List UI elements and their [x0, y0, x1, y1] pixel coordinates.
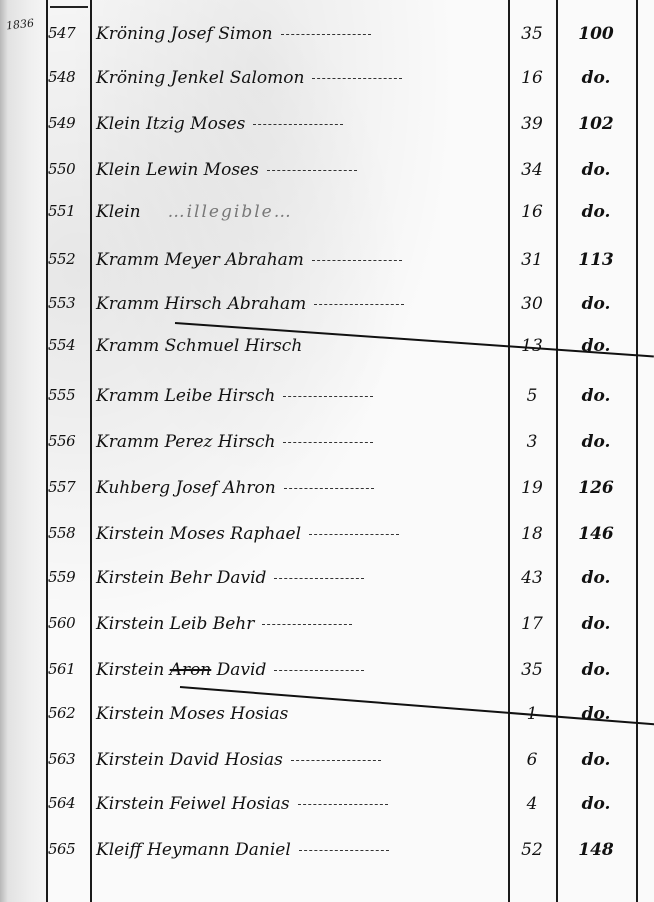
table-row: 560 Kirstein Leib Behr 17 do.	[0, 614, 654, 652]
entry-name: Klein …illegible…	[96, 202, 506, 222]
entry-name: Klein Itzig Moses	[96, 114, 506, 134]
entry-age: 31	[512, 250, 552, 270]
entry-name: Kramm Leibe Hirsch	[96, 386, 506, 406]
entry-number: 550	[48, 160, 90, 178]
entry-number: 554	[48, 336, 90, 354]
table-row: 564 Kirstein Feiwel Hosias 4 do.	[0, 794, 654, 832]
entry-age: 6	[512, 750, 552, 770]
table-row: 555 Kramm Leibe Hirsch 5 do.	[0, 386, 654, 424]
table-row: 551 Klein …illegible… 16 do.	[0, 202, 654, 240]
table-row: 565 Kleiff Heymann Daniel 52 148	[0, 840, 654, 878]
entry-number: 559	[48, 568, 90, 586]
entry-house: do.	[566, 568, 626, 588]
entry-house: do.	[566, 294, 626, 314]
table-row: 552 Kramm Meyer Abraham 31 113	[0, 250, 654, 288]
entry-house: do.	[566, 794, 626, 814]
entry-name: Kröning Josef Simon	[96, 24, 506, 44]
entry-age: 16	[512, 68, 552, 88]
entry-age: 18	[512, 524, 552, 544]
entry-age: 5	[512, 386, 552, 406]
entry-age: 16	[512, 202, 552, 222]
table-row: 563 Kirstein David Hosias 6 do.	[0, 750, 654, 788]
entry-number: 549	[48, 114, 90, 132]
entry-name: Kirstein David Hosias	[96, 750, 506, 770]
entry-house: 146	[566, 524, 626, 544]
table-row: 557 Kuhberg Josef Ahron 19 126	[0, 478, 654, 516]
entry-age: 52	[512, 840, 552, 860]
entry-number: 562	[48, 704, 90, 722]
illegible-text: …illegible…	[168, 202, 293, 222]
entry-house: 126	[566, 478, 626, 498]
entry-number: 555	[48, 386, 90, 404]
entry-name: Kirstein Aron David	[96, 660, 506, 680]
entry-age: 30	[512, 294, 552, 314]
entry-number: 565	[48, 840, 90, 858]
entry-age: 35	[512, 660, 552, 680]
entry-age: 39	[512, 114, 552, 134]
entry-house: do.	[566, 386, 626, 406]
entry-house: do.	[566, 750, 626, 770]
entry-age: 43	[512, 568, 552, 588]
table-row: 558 Kirstein Moses Raphael 18 146	[0, 524, 654, 562]
entry-number: 556	[48, 432, 90, 450]
table-row: 548 Kröning Jenkel Salomon 16 do.	[0, 68, 654, 106]
table-row: 559 Kirstein Behr David 43 do.	[0, 568, 654, 606]
column-header-stub	[50, 0, 88, 8]
entry-number: 547	[48, 24, 90, 42]
entry-name: Kröning Jenkel Salomon	[96, 68, 506, 88]
entry-house: 113	[566, 250, 626, 270]
entry-name: Kirstein Moses Raphael	[96, 524, 506, 544]
entry-house: 100	[566, 24, 626, 44]
entry-number: 548	[48, 68, 90, 86]
entry-name: Kramm Meyer Abraham	[96, 250, 506, 270]
entry-house: 102	[566, 114, 626, 134]
entry-age: 35	[512, 24, 552, 44]
entry-name: Kramm Perez Hirsch	[96, 432, 506, 452]
entry-number: 552	[48, 250, 90, 268]
entry-house: do.	[566, 660, 626, 680]
entry-age: 3	[512, 432, 552, 452]
table-row: 556 Kramm Perez Hirsch 3 do.	[0, 432, 654, 470]
entry-age: 17	[512, 614, 552, 634]
entry-age: 4	[512, 794, 552, 814]
entry-number: 551	[48, 202, 90, 220]
entry-house: do.	[566, 202, 626, 222]
entry-house: 148	[566, 840, 626, 860]
entry-name: Kuhberg Josef Ahron	[96, 478, 506, 498]
entry-name: Kirstein Leib Behr	[96, 614, 506, 634]
entry-age: 19	[512, 478, 552, 498]
entry-name: Kramm Schmuel Hirsch	[96, 336, 506, 356]
table-row: 554 Kramm Schmuel Hirsch 13 do.	[0, 336, 654, 374]
entry-house: do.	[566, 160, 626, 180]
entry-age: 34	[512, 160, 552, 180]
table-row: 562 Kirstein Moses Hosias 1 do.	[0, 704, 654, 742]
entry-name: Kleiff Heymann Daniel	[96, 840, 506, 860]
table-row: 547 Kröning Josef Simon 35 100	[0, 24, 654, 62]
struck-name-part: Aron	[170, 660, 212, 680]
table-row: 553 Kramm Hirsch Abraham 30 do.	[0, 294, 654, 332]
entry-number: 561	[48, 660, 90, 678]
table-row: 550 Klein Lewin Moses 34 do.	[0, 160, 654, 198]
entry-number: 558	[48, 524, 90, 542]
ledger-page: 1836 547 Kröning Josef Simon 35 100 548 …	[0, 0, 654, 902]
table-row: 549 Klein Itzig Moses 39 102	[0, 114, 654, 152]
entry-name: Klein Lewin Moses	[96, 160, 506, 180]
entry-house: do.	[566, 68, 626, 88]
entry-house: do.	[566, 432, 626, 452]
entry-name: Kirstein Feiwel Hosias	[96, 794, 506, 814]
entry-house: do.	[566, 614, 626, 634]
entry-number: 564	[48, 794, 90, 812]
entry-name: Kramm Hirsch Abraham	[96, 294, 506, 314]
entry-number: 563	[48, 750, 90, 768]
entry-number: 557	[48, 478, 90, 496]
table-row: 561 Kirstein Aron David 35 do.	[0, 660, 654, 698]
entry-number: 560	[48, 614, 90, 632]
entry-number: 553	[48, 294, 90, 312]
entry-name: Kirstein Behr David	[96, 568, 506, 588]
